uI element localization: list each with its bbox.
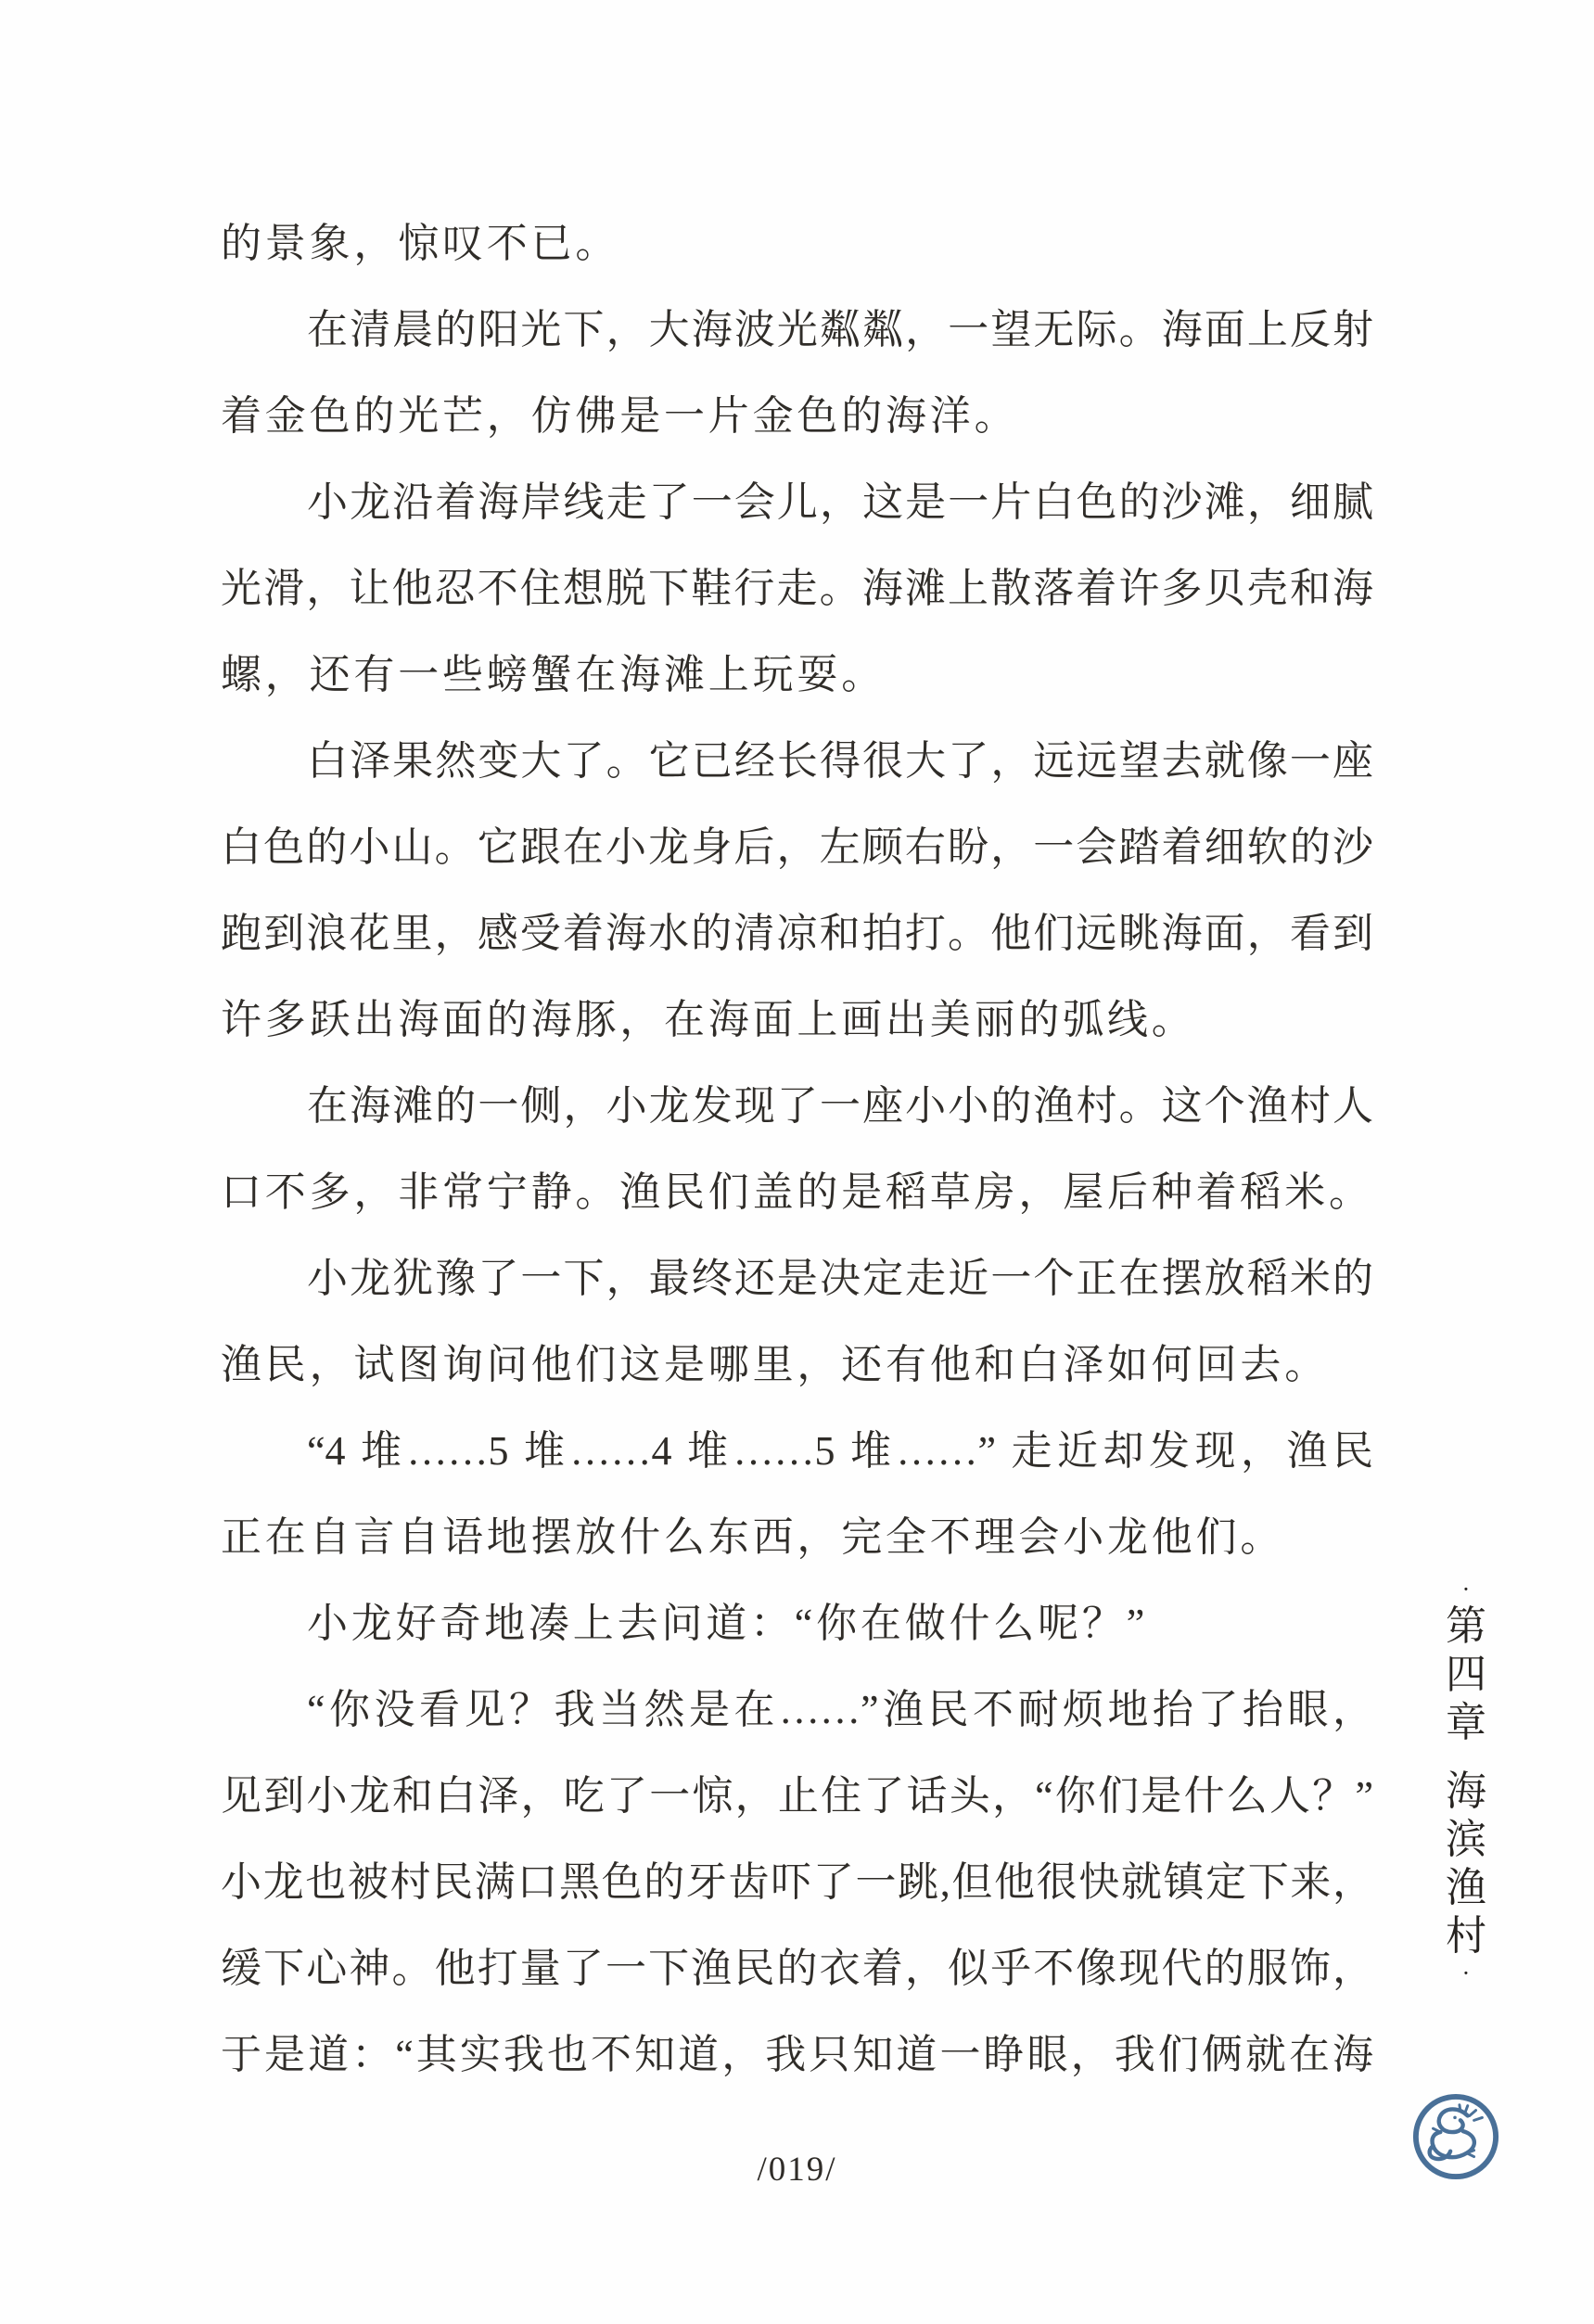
text-line: 小龙沿着海岸线走了一会儿，这是一片白色的沙滩，细腻	[221, 459, 1373, 545]
text-line: 小龙也被村民满口黑色的牙齿吓了一跳,但他很快就镇定下来，	[221, 1839, 1373, 1925]
sidebar-title-char: 滨	[1446, 1816, 1486, 1864]
sidebar-chapter-char: 章	[1446, 1699, 1486, 1747]
text-line: 口不多，非常宁静。渔民们盖的是稻草房，屋后种着稻米。	[221, 1149, 1373, 1235]
text-line: 许多跃出海面的海豚，在海面上画出美丽的弧线。	[221, 977, 1373, 1063]
text-line: 见到小龙和白泽，吃了一惊，止住了话头，“你们是什么人？”	[221, 1753, 1373, 1839]
sidebar-dot: ·	[1462, 1577, 1470, 1603]
text-line: 着金色的光芒，仿佛是一片金色的海洋。	[221, 373, 1373, 459]
text-line: 白泽果然变大了。它已经长得很大了，远远望去就像一座	[221, 718, 1373, 804]
book-page: 的景象，惊叹不已。在清晨的阳光下，大海波光粼粼，一望无际。海面上反射着金色的光芒…	[0, 0, 1594, 2324]
text-line: 正在自言自语地摆放什么东西，完全不理会小龙他们。	[221, 1494, 1373, 1580]
text-line: 于是道：“其实我也不知道，我只知道一睁眼，我们俩就在海	[221, 2011, 1373, 2098]
text-line: 跑到浪花里，感受着海水的清凉和拍打。他们远眺海面，看到	[221, 890, 1373, 977]
sidebar-title-char: 海	[1446, 1768, 1486, 1816]
text-line: 在清晨的阳光下，大海波光粼粼，一望无际。海面上反射	[221, 287, 1373, 373]
text-line: “你没看见？我当然是在……”渔民不耐烦地抬了抬眼，	[221, 1666, 1373, 1753]
sidebar-title-char: 渔	[1446, 1864, 1486, 1912]
chapter-sidebar: ·第四章海滨渔村·	[1439, 1577, 1493, 1986]
text-line: “4 堆……5 堆……4 堆……5 堆……” 走近却发现，渔民	[221, 1408, 1373, 1494]
text-line: 白色的小山。它跟在小龙身后，左顾右盼，一会踏着细软的沙	[221, 804, 1373, 890]
sidebar-dot: ·	[1462, 1960, 1470, 1986]
text-line: 螺，还有一些螃蟹在海滩上玩耍。	[221, 632, 1373, 718]
text-line: 小龙好奇地凑上去问道：“你在做什么呢？”	[221, 1580, 1373, 1666]
text-line: 缓下心神。他打量了一下渔民的衣着，似乎不像现代的服饰，	[221, 1925, 1373, 2011]
text-line: 的景象，惊叹不已。	[221, 200, 1373, 287]
page-number: /019/	[0, 2150, 1594, 2190]
text-line: 光滑，让他忍不住想脱下鞋行走。海滩上散落着许多贝壳和海	[221, 545, 1373, 632]
body-text: 的景象，惊叹不已。在清晨的阳光下，大海波光粼粼，一望无际。海面上反射着金色的光芒…	[221, 200, 1373, 2098]
sidebar-chapter-char: 第	[1446, 1603, 1486, 1651]
sidebar-chapter-char: 四	[1446, 1651, 1486, 1699]
text-line: 在海滩的一侧，小龙发现了一座小小的渔村。这个渔村人	[221, 1063, 1373, 1149]
text-line: 渔民，试图询问他们这是哪里，还有他和白泽如何回去。	[221, 1322, 1373, 1408]
sidebar-title-char: 村	[1446, 1912, 1486, 1960]
text-line: 小龙犹豫了一下，最终还是决定走近一个正在摆放稻米的	[221, 1235, 1373, 1322]
